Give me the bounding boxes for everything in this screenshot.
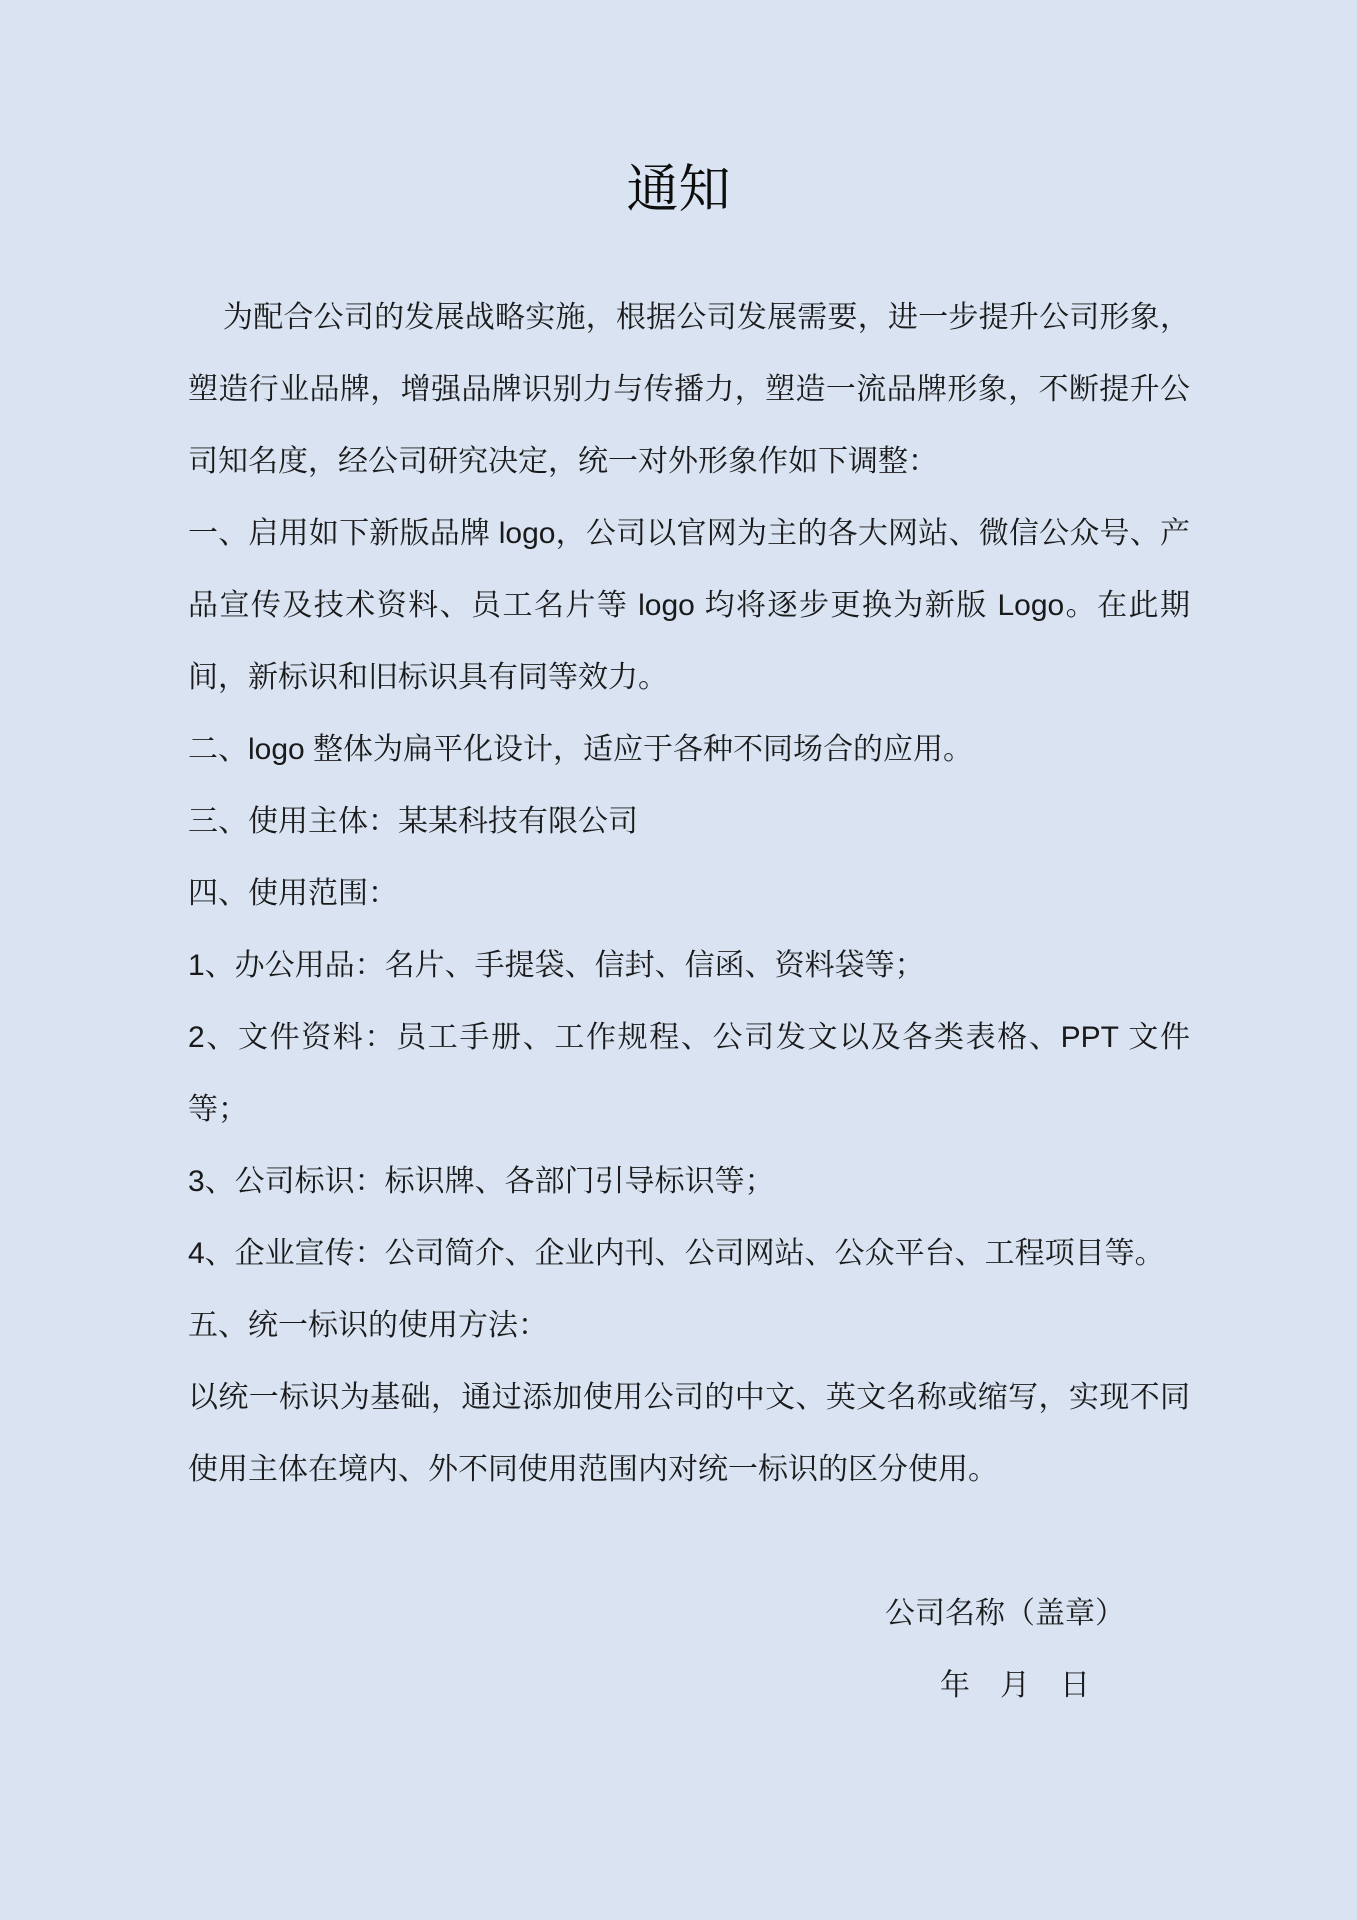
page-title: 通知	[0, 0, 1357, 224]
paragraph-item-4: 四、使用范围：	[188, 858, 1190, 930]
paragraph-item-2: 二、logo 整体为扁平化设计，适应于各种不同场合的应用。	[188, 714, 1190, 786]
paragraph-item-1: 一、启用如下新版品牌 logo，公司以官网为主的各大网站、微信公众号、产品宣传及…	[188, 498, 1190, 714]
paragraph-item-3: 三、使用主体：某某科技有限公司	[188, 786, 1190, 858]
paragraph-usage-method: 以统一标识为基础，通过添加使用公司的中文、英文名称或缩写，实现不同使用主体在境内…	[188, 1362, 1190, 1506]
paragraph-scope-2: 2、文件资料：员工手册、工作规程、公司发文以及各类表格、PPT 文件等；	[188, 1002, 1190, 1146]
signature-block: 公司名称（盖章） 年 月 日	[188, 1578, 1190, 1722]
paragraph-scope-3: 3、公司标识：标识牌、各部门引导标识等；	[188, 1146, 1190, 1218]
signature-company-line: 公司名称（盖章）	[188, 1578, 1190, 1650]
document-body: 为配合公司的发展战略实施，根据公司发展需要，进一步提升公司形象，塑造行业品牌，增…	[188, 282, 1190, 1506]
paragraph-item-5: 五、统一标识的使用方法：	[188, 1290, 1190, 1362]
signature-date-line: 年 月 日	[188, 1650, 1190, 1722]
paragraph-scope-1: 1、办公用品：名片、手提袋、信封、信函、资料袋等；	[188, 930, 1190, 1002]
paragraph-intro: 为配合公司的发展战略实施，根据公司发展需要，进一步提升公司形象，塑造行业品牌，增…	[188, 282, 1190, 498]
document-page: 通知 为配合公司的发展战略实施，根据公司发展需要，进一步提升公司形象，塑造行业品…	[0, 0, 1357, 1920]
paragraph-scope-4: 4、企业宣传：公司简介、企业内刊、公司网站、公众平台、工程项目等。	[188, 1218, 1190, 1290]
